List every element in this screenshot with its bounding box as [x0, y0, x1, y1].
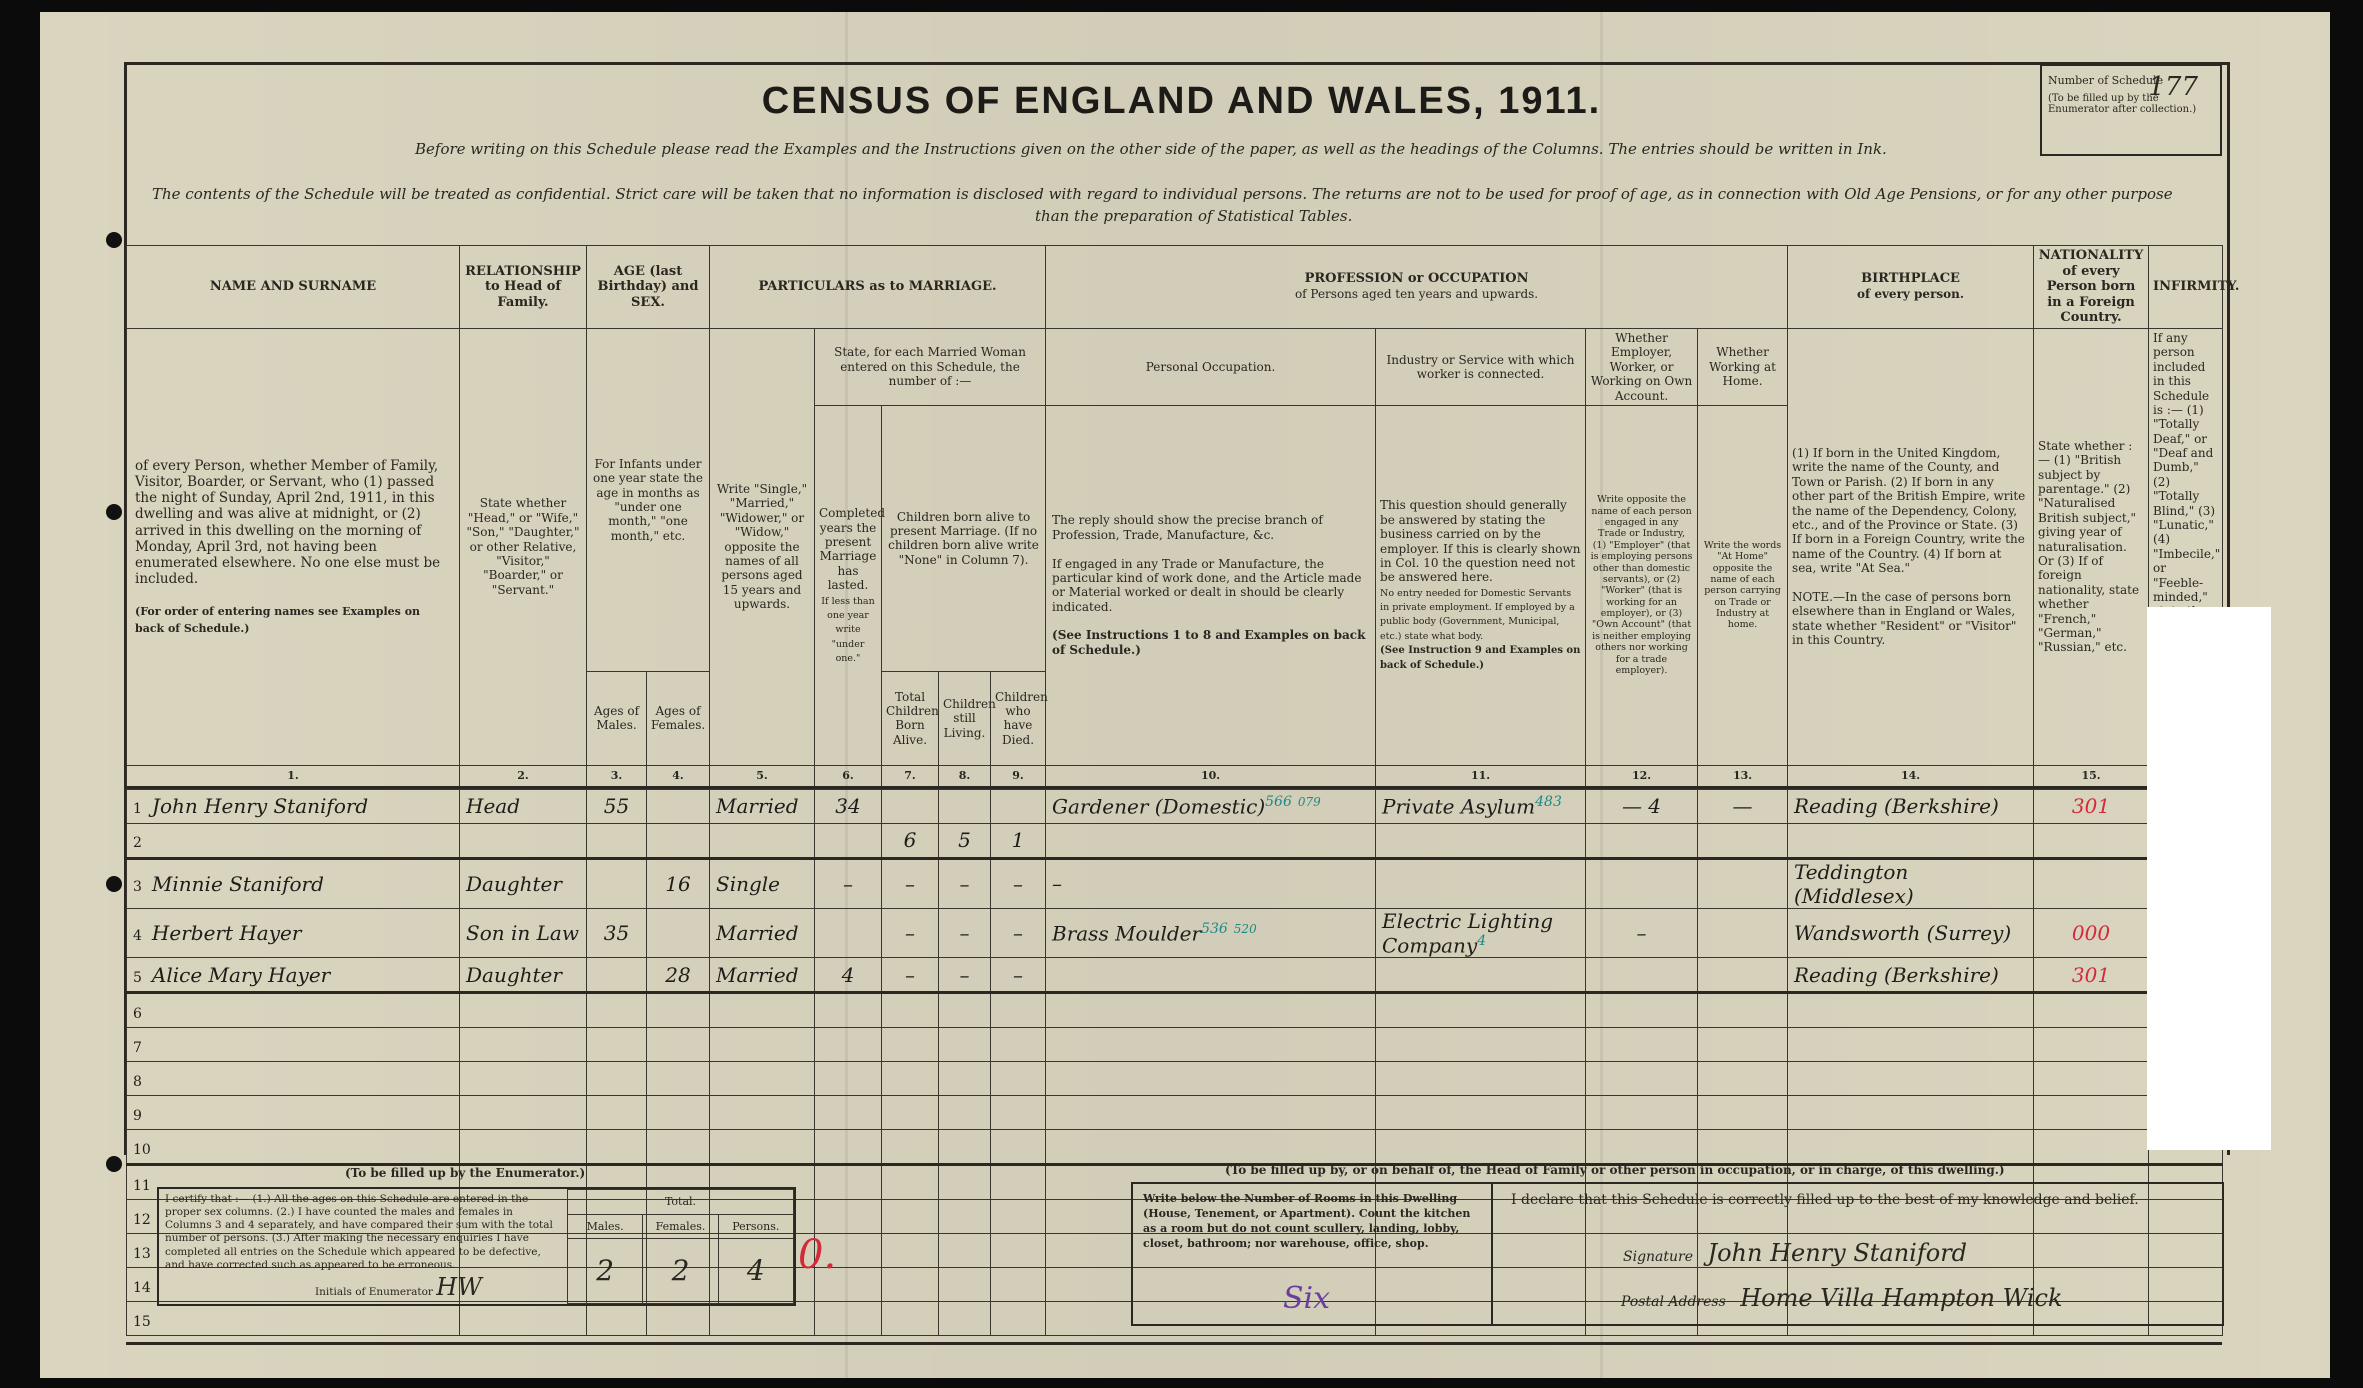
- cell-ind: [1376, 1062, 1586, 1096]
- cell-home: [1698, 1028, 1788, 1062]
- cell-total: [882, 1268, 939, 1302]
- header-employer: Whether Employer, Worker, or Working on …: [1586, 328, 1698, 405]
- value-male: 35: [604, 921, 629, 945]
- redacted-infirmity-column: [2147, 607, 2271, 1150]
- cell-living: [939, 789, 991, 823]
- cell-male: [587, 1096, 647, 1130]
- cell-birth: [1788, 1028, 2034, 1062]
- cell-died: [991, 993, 1046, 1028]
- value-birth: Reading (Berkshire): [1794, 963, 1999, 987]
- cell-ind: Private Asylum483: [1376, 789, 1586, 823]
- punch-hole: [106, 504, 122, 520]
- cell-years: [815, 1302, 882, 1336]
- value-ind: Electric Lighting Company: [1382, 909, 1553, 958]
- cell-home: [1698, 1062, 1788, 1096]
- cell-rel: [460, 1096, 587, 1130]
- cell-home: [1698, 908, 1788, 958]
- schedule-number: 177: [2148, 72, 2198, 102]
- cell-birth: [1788, 1062, 2034, 1096]
- header-birthplace: BIRTHPLACEof every person.: [1788, 246, 2034, 329]
- cell-died: [991, 1200, 1046, 1234]
- cell-name: 2: [127, 823, 460, 858]
- row-number: 11: [133, 1178, 151, 1194]
- signature-line: Signature John Henry Staniford: [1623, 1239, 1967, 1267]
- header-marriage: PARTICULARS as to MARRIAGE.: [710, 246, 1046, 329]
- table-row: 1John Henry StanifordHead55Married34Gard…: [127, 789, 2223, 823]
- cell-occ: –: [1046, 858, 1376, 908]
- cell-nat: [2034, 1062, 2149, 1096]
- row-number: 6: [133, 1006, 142, 1022]
- cell-female: [647, 993, 710, 1028]
- cell-years: [815, 1165, 882, 1200]
- value-rel: Daughter: [466, 963, 562, 987]
- row-number: 7: [133, 1040, 142, 1056]
- value-total: 6: [904, 828, 917, 852]
- declaration-text: I declare that this Schedule is correctl…: [1511, 1192, 2139, 1208]
- red-annotation-mark: 0.: [798, 1232, 836, 1278]
- relationship-instructions: State whether "Head," or "Wife," "Son," …: [460, 328, 587, 765]
- header-at-home: Whether Working at Home.: [1698, 328, 1788, 405]
- cell-total: [882, 1234, 939, 1268]
- cell-emp: –: [1586, 908, 1698, 958]
- cell-years: [815, 1130, 882, 1165]
- cell-female: [647, 823, 710, 858]
- value-living: –: [960, 921, 970, 945]
- schedule-number-box: Number of Schedule 177 (To be filled up …: [2040, 64, 2222, 156]
- confidentiality-note: The contents of the Schedule will be tre…: [152, 185, 2173, 203]
- row-number: 12: [133, 1212, 151, 1228]
- occupation-code: 566: [1265, 794, 1292, 810]
- header-industry: Industry or Service with which worker is…: [1376, 328, 1586, 405]
- cell-name: 3Minnie Staniford: [127, 858, 460, 908]
- value-status: Married: [716, 921, 799, 945]
- table-row: 9: [127, 1096, 2223, 1130]
- cell-birth: Reading (Berkshire): [1788, 958, 2034, 993]
- value-occ: Brass Moulder: [1052, 921, 1201, 945]
- value-living: –: [960, 963, 970, 987]
- cell-emp: [1586, 1062, 1698, 1096]
- cell-status: [710, 1062, 815, 1096]
- totals-header: Total.: [568, 1190, 794, 1215]
- cell-occ: [1046, 958, 1376, 993]
- cell-emp: [1586, 858, 1698, 908]
- value-male: 55: [604, 794, 629, 818]
- table-row: 7: [127, 1028, 2223, 1062]
- cell-status: [710, 1130, 815, 1165]
- value-years: –: [843, 872, 853, 896]
- cell-years: [815, 823, 882, 858]
- cell-living: [939, 1200, 991, 1234]
- cell-died: [991, 1234, 1046, 1268]
- cell-years: 4: [815, 958, 882, 993]
- row-number: 8: [133, 1074, 142, 1090]
- header-total-children: Total Children Born Alive.: [882, 672, 939, 766]
- bottom-rule: [126, 1342, 2222, 1345]
- cell-ind: [1376, 1096, 1586, 1130]
- column-number: 13.: [1698, 765, 1788, 787]
- cell-living: [939, 1302, 991, 1336]
- value-birth: Teddington (Middlesex): [1794, 860, 1914, 908]
- document-title: CENSUS OF ENGLAND AND WALES, 1911.: [0, 80, 2363, 123]
- rooms-count: Six: [1283, 1279, 1330, 1320]
- cell-nat: [2034, 1096, 2149, 1130]
- females-label: Females.: [643, 1214, 718, 1239]
- column-number: 10.: [1046, 765, 1376, 787]
- certification-text: I certify that :— (1.) All the ages on t…: [165, 1193, 560, 1302]
- cell-died: 1: [991, 823, 1046, 858]
- value-name: Minnie Staniford: [152, 872, 324, 896]
- cell-female: [647, 1062, 710, 1096]
- cell-home: [1698, 858, 1788, 908]
- enumerator-section-label: (To be filled up by the Enumerator.): [345, 1166, 585, 1180]
- cell-ind: [1376, 958, 1586, 993]
- column-number: 2.: [460, 765, 587, 787]
- value-name: Alice Mary Hayer: [152, 963, 330, 987]
- punch-hole: [106, 876, 122, 892]
- value-female: 16: [665, 872, 690, 896]
- table-row: 3Minnie StanifordDaughter16Single–––––Te…: [127, 858, 2223, 908]
- cell-emp: — 4: [1586, 789, 1698, 823]
- cell-living: [939, 1096, 991, 1130]
- cell-home: [1698, 823, 1788, 858]
- value-living: –: [960, 872, 970, 896]
- header-children-died: Children who have Died.: [991, 672, 1046, 766]
- cell-female: 16: [647, 858, 710, 908]
- cell-died: –: [991, 858, 1046, 908]
- cell-status: [710, 1028, 815, 1062]
- value-ind: Private Asylum: [1382, 795, 1535, 819]
- row-number: 9: [133, 1108, 142, 1124]
- cell-birth: Reading (Berkshire): [1788, 789, 2034, 823]
- cell-died: –: [991, 958, 1046, 993]
- cell-occ: [1046, 993, 1376, 1028]
- cell-male: [587, 1062, 647, 1096]
- header-personal-occupation: Personal Occupation.: [1046, 328, 1376, 405]
- value-status: Married: [716, 963, 799, 987]
- column-number: 15.: [2034, 765, 2149, 787]
- cell-living: –: [939, 908, 991, 958]
- cell-ind: [1376, 993, 1586, 1028]
- cell-living: –: [939, 858, 991, 908]
- column-numbers: 1. 2. 3. 4. 5. 6. 7. 8. 9. 10. 11. 12. 1…: [127, 765, 2223, 787]
- cell-total: –: [882, 908, 939, 958]
- cell-years: [815, 1200, 882, 1234]
- cell-years: [815, 993, 882, 1028]
- cell-birth: [1788, 1096, 2034, 1130]
- married-woman-instructions: State, for each Married Woman entered on…: [815, 328, 1046, 405]
- cell-home: [1698, 993, 1788, 1028]
- cell-total: –: [882, 958, 939, 993]
- cell-female: [647, 1028, 710, 1062]
- header-infirmity: INFIRMITY.: [2149, 246, 2223, 329]
- total-females: 2: [643, 1239, 718, 1304]
- value-died: –: [1013, 921, 1023, 945]
- column-number: 6.: [815, 765, 882, 787]
- birthplace-instructions: (1) If born in the United Kingdom, write…: [1788, 328, 2034, 765]
- value-total: –: [905, 963, 915, 987]
- cell-living: [939, 1165, 991, 1200]
- value-died: –: [1013, 963, 1023, 987]
- intro-instructions: Before writing on this Schedule please r…: [415, 140, 1887, 158]
- cell-female: [647, 908, 710, 958]
- value-home: —: [1733, 794, 1753, 818]
- total-males: 2: [568, 1239, 643, 1304]
- value-nat: 301: [2072, 794, 2110, 818]
- cell-name: 15: [127, 1302, 460, 1336]
- enumerator-initials: HW: [436, 1273, 482, 1301]
- occupation-code-secondary: 079: [1298, 795, 1321, 809]
- children-instructions: Children born alive to present Marriage.…: [882, 405, 1046, 671]
- totals-table: Total. Males.Females.Persons. 224: [567, 1189, 794, 1304]
- cell-emp: [1586, 823, 1698, 858]
- value-birth: Wandsworth (Surrey): [1794, 921, 2011, 945]
- cell-total: [882, 993, 939, 1028]
- dwelling-section-label: (To be filled up by, or on behalf of, th…: [1225, 1163, 2005, 1177]
- value-rel: Daughter: [466, 872, 562, 896]
- cell-status: [710, 1096, 815, 1130]
- cell-female: [647, 1302, 710, 1336]
- cell-home: [1698, 1130, 1788, 1165]
- cell-female: [647, 789, 710, 823]
- column-number: 14.: [1788, 765, 2034, 787]
- cell-male: [587, 993, 647, 1028]
- industry-code: 4: [1477, 933, 1486, 949]
- cell-name: 9: [127, 1096, 460, 1130]
- cell-living: [939, 1130, 991, 1165]
- cell-total: [882, 1130, 939, 1165]
- signature: John Henry Staniford: [1697, 1239, 1967, 1267]
- cell-years: [815, 908, 882, 958]
- cell-living: [939, 1268, 991, 1302]
- value-rel: Son in Law: [466, 921, 579, 945]
- table-row: 4Herbert HayerSon in Law35Married–––Bras…: [127, 908, 2223, 958]
- value-nat: 000: [2072, 921, 2110, 945]
- value-emp: –: [1637, 921, 1647, 945]
- value-years: 34: [835, 794, 860, 818]
- punch-hole: [106, 232, 122, 248]
- header-age: AGE (last Birthday) and SEX.: [587, 246, 710, 329]
- value-status: Married: [716, 794, 799, 818]
- years-married-instructions: Completed years the present Marriage has…: [815, 405, 882, 765]
- cell-total: 6: [882, 823, 939, 858]
- cell-name: 7: [127, 1028, 460, 1062]
- cell-male: 55: [587, 789, 647, 823]
- cell-total: –: [882, 858, 939, 908]
- cell-female: [647, 1130, 710, 1165]
- cell-years: [815, 1062, 882, 1096]
- cell-emp: [1586, 993, 1698, 1028]
- cell-total: [882, 1302, 939, 1336]
- confidentiality-note-cont: than the preparation of Statistical Tabl…: [1035, 207, 1352, 225]
- occupation-code: 536: [1201, 921, 1228, 937]
- cell-emp: [1586, 1028, 1698, 1062]
- cell-home: [1698, 958, 1788, 993]
- table-row: 2651: [127, 823, 2223, 858]
- cell-male: [587, 1302, 647, 1336]
- column-number: 9.: [991, 765, 1046, 787]
- cell-status: [710, 823, 815, 858]
- industry-instructions: This question should generally be answer…: [1376, 405, 1586, 765]
- name-instructions: of every Person, whether Member of Famil…: [127, 328, 460, 765]
- column-number: 12.: [1586, 765, 1698, 787]
- value-occ: Gardener (Domestic): [1052, 795, 1265, 819]
- cell-birth: Teddington (Middlesex): [1788, 858, 2034, 908]
- value-name: Herbert Hayer: [152, 921, 302, 945]
- cell-occ: [1046, 1062, 1376, 1096]
- cell-died: [991, 789, 1046, 823]
- cell-rel: [460, 1302, 587, 1336]
- cell-nat: 301: [2034, 789, 2149, 823]
- cell-male: [587, 1028, 647, 1062]
- cell-years: [815, 1028, 882, 1062]
- cell-total: [882, 1165, 939, 1200]
- cell-female: [647, 1096, 710, 1130]
- value-emp: — 4: [1622, 794, 1661, 818]
- header-children-living: Children still Living.: [939, 672, 991, 766]
- value-living: 5: [958, 828, 971, 852]
- cell-living: [939, 1234, 991, 1268]
- persons-label: Persons.: [718, 1214, 793, 1239]
- rooms-box: Write below the Number of Rooms in this …: [1133, 1184, 1493, 1324]
- header-relationship: RELATIONSHIP to Head of Family.: [460, 246, 587, 329]
- cell-died: [991, 1028, 1046, 1062]
- value-birth: Reading (Berkshire): [1794, 794, 1999, 818]
- employer-instructions: Write opposite the name of each person e…: [1586, 405, 1698, 765]
- cell-male: [587, 1130, 647, 1165]
- cell-died: –: [991, 908, 1046, 958]
- column-number: 3.: [587, 765, 647, 787]
- total-persons: 4: [718, 1239, 793, 1304]
- cell-years: –: [815, 858, 882, 908]
- value-nat: 301: [2072, 963, 2110, 987]
- cell-died: [991, 1096, 1046, 1130]
- dwelling-declaration: Write below the Number of Rooms in this …: [1131, 1182, 2224, 1326]
- occupation-code-secondary: 520: [1234, 922, 1257, 936]
- row-number: 10: [133, 1142, 151, 1158]
- cell-years: [815, 1096, 882, 1130]
- cell-occ: Gardener (Domestic)566079: [1046, 789, 1376, 823]
- cell-name: 4Herbert Hayer: [127, 908, 460, 958]
- cell-nat: [2034, 1130, 2149, 1165]
- cell-birth: [1788, 823, 2034, 858]
- cell-ind: [1376, 823, 1586, 858]
- cell-total: [882, 1200, 939, 1234]
- cell-died: [991, 1165, 1046, 1200]
- cell-home: [1698, 1096, 1788, 1130]
- cell-total: [882, 1062, 939, 1096]
- value-total: –: [905, 872, 915, 896]
- cell-rel: [460, 1130, 587, 1165]
- cell-male: [587, 958, 647, 993]
- header-female-ages: Ages of Females.: [647, 672, 710, 766]
- cell-died: [991, 1302, 1046, 1336]
- cell-nat: [2034, 993, 2149, 1028]
- cell-female: 28: [647, 958, 710, 993]
- value-total: –: [905, 921, 915, 945]
- row-number: 13: [133, 1246, 151, 1262]
- cell-rel: [460, 1062, 587, 1096]
- column-number: 1.: [127, 765, 460, 787]
- cell-male: [587, 823, 647, 858]
- cell-occ: Brass Moulder536520: [1046, 908, 1376, 958]
- cell-nat: 000: [2034, 908, 2149, 958]
- row-number: 1: [133, 801, 142, 817]
- cell-name: 1John Henry Staniford: [127, 789, 460, 823]
- age-instructions: For Infants under one year state the age…: [587, 328, 710, 671]
- table-row: 5Alice Mary HayerDaughter28Married4–––Re…: [127, 958, 2223, 993]
- row-number: 14: [133, 1280, 151, 1296]
- postal-address: Home Villa Hampton Wick: [1730, 1284, 2062, 1312]
- row-number: 4: [133, 928, 142, 944]
- cell-birth: [1788, 993, 2034, 1028]
- value-occ: –: [1052, 872, 1062, 896]
- column-number: 5.: [710, 765, 815, 787]
- nationality-instructions: State whether :— (1) "British subject by…: [2034, 328, 2149, 765]
- cell-total: [882, 1028, 939, 1062]
- value-rel: Head: [466, 794, 520, 818]
- cell-status: Married: [710, 789, 815, 823]
- column-number: 7.: [882, 765, 939, 787]
- cell-nat: 301: [2034, 958, 2149, 993]
- cell-total: [882, 789, 939, 823]
- header-name: NAME AND SURNAME: [127, 246, 460, 329]
- cell-emp: [1586, 1130, 1698, 1165]
- cell-living: 5: [939, 823, 991, 858]
- value-name: John Henry Staniford: [152, 794, 368, 818]
- header-nationality: NATIONALITYof every Person born in a For…: [2034, 246, 2149, 329]
- row-number: 3: [133, 879, 142, 895]
- table-row: 10: [127, 1130, 2223, 1165]
- cell-occ: [1046, 823, 1376, 858]
- cell-nat: [2034, 858, 2149, 908]
- cell-ind: [1376, 1028, 1586, 1062]
- cell-years: 34: [815, 789, 882, 823]
- cell-home: —: [1698, 789, 1788, 823]
- cell-rel: Son in Law: [460, 908, 587, 958]
- cell-total: [882, 1096, 939, 1130]
- cell-male: [587, 858, 647, 908]
- cell-rel: Daughter: [460, 858, 587, 908]
- cell-nat: [2034, 1028, 2149, 1062]
- cell-died: [991, 1062, 1046, 1096]
- cell-ind: [1376, 858, 1586, 908]
- cell-rel: Head: [460, 789, 587, 823]
- cell-emp: [1586, 1096, 1698, 1130]
- cell-birth: Wandsworth (Surrey): [1788, 908, 2034, 958]
- cell-emp: [1586, 958, 1698, 993]
- marital-status-instructions: Write "Single," "Married," "Widower," or…: [710, 328, 815, 765]
- cell-rel: [460, 1028, 587, 1062]
- address-line: Postal Address Home Villa Hampton Wick: [1621, 1284, 2063, 1312]
- value-years: 4: [842, 963, 855, 987]
- cell-status: [710, 993, 815, 1028]
- cell-male: 35: [587, 908, 647, 958]
- cell-name: 5Alice Mary Hayer: [127, 958, 460, 993]
- cell-occ: [1046, 1130, 1376, 1165]
- value-female: 28: [665, 963, 690, 987]
- header-occupation: PROFESSION or OCCUPATIONof Persons aged …: [1046, 246, 1788, 329]
- cell-rel: [460, 993, 587, 1028]
- column-number: 4.: [647, 765, 710, 787]
- cell-birth: [1788, 1130, 2034, 1165]
- column-number: 11.: [1376, 765, 1586, 787]
- row-number: 2: [133, 835, 142, 851]
- punch-hole: [106, 1156, 122, 1172]
- row-number: 15: [133, 1314, 151, 1330]
- industry-code: 483: [1535, 794, 1562, 810]
- cell-status: Married: [710, 908, 815, 958]
- cell-living: [939, 993, 991, 1028]
